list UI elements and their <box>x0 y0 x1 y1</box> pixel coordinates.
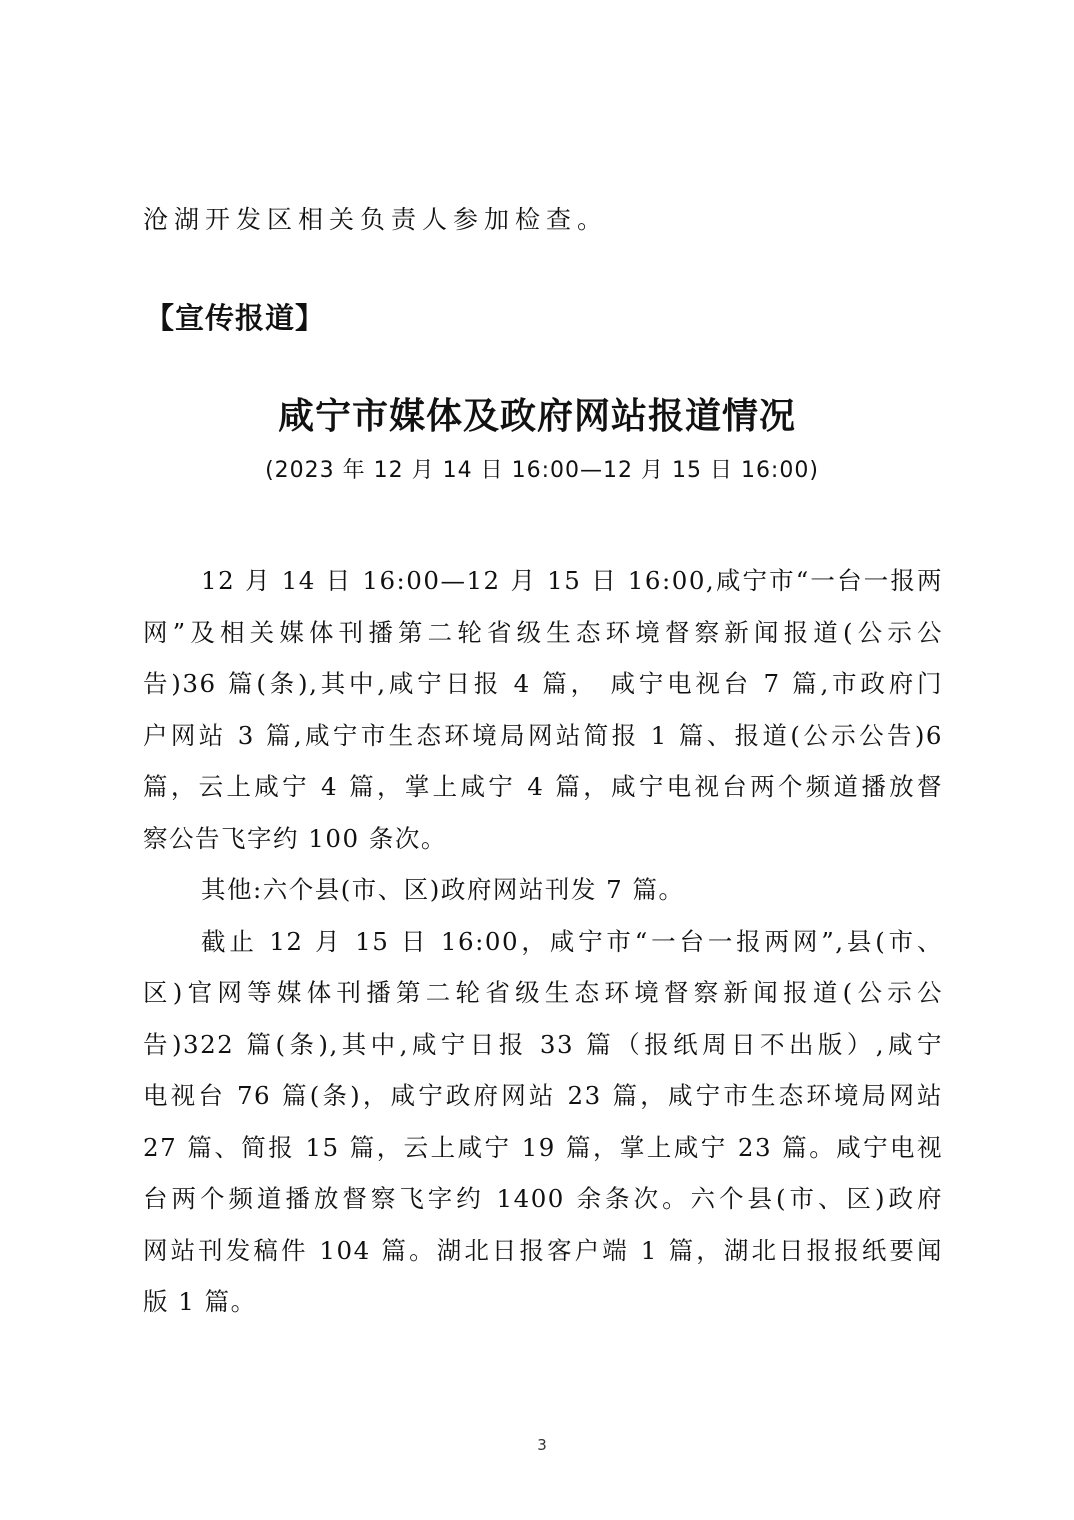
text-line: 截止 12 月 15 日 16:00，咸宁市“一台一报两网”,县(市、 <box>143 916 943 968</box>
document-subtitle: (2023 年 12 月 14 日 16:00—12 月 15 日 16:00) <box>0 460 1074 482</box>
text-line: 27 篇、简报 15 篇，云上咸宁 19 篇，掌上咸宁 23 篇。咸宁电视 <box>143 1122 943 1174</box>
paragraph-daily-report: 12 月 14 日 16:00—12 月 15 日 16:00,咸宁市“一台一报… <box>143 555 943 864</box>
text-line: 户网站 3 篇,咸宁市生态环境局网站简报 1 篇、报道(公示公告)6 <box>143 710 943 762</box>
section-label: 【宣传报道】 <box>145 304 325 333</box>
document-page: 沧湖开发区相关负责人参加检查。 【宣传报道】 咸宁市媒体及政府网站报道情况 (2… <box>0 0 1074 1520</box>
text-line: 告)36 篇(条),其中,咸宁日报 4 篇， 咸宁电视台 7 篇,市政府门 <box>143 658 943 710</box>
text-line: 电视台 76 篇(条)，咸宁政府网站 23 篇，咸宁市生态环境局网站 <box>143 1070 943 1122</box>
text-line: 12 月 14 日 16:00—12 月 15 日 16:00,咸宁市“一台一报… <box>143 555 943 607</box>
page-number: 3 <box>0 1436 1074 1454</box>
text-line: 网站刊发稿件 104 篇。湖北日报客户端 1 篇，湖北日报报纸要闻 <box>143 1225 943 1277</box>
text-line: 网”及相关媒体刊播第二轮省级生态环境督察新闻报道(公示公 <box>143 607 943 659</box>
text-line: 告)322 篇(条),其中,咸宁日报 33 篇（报纸周日不出版）,咸宁 <box>143 1019 943 1071</box>
paragraph-cumulative-report: 截止 12 月 15 日 16:00，咸宁市“一台一报两网”,县(市、 区)官网… <box>143 916 943 1328</box>
paragraph-other: 其他:六个县(市、区)政府网站刊发 7 篇。 <box>143 864 943 916</box>
text-line: 察公告飞字约 100 条次。 <box>143 813 943 865</box>
document-body: 12 月 14 日 16:00—12 月 15 日 16:00,咸宁市“一台一报… <box>143 555 943 1328</box>
document-title: 咸宁市媒体及政府网站报道情况 <box>0 398 1074 434</box>
continuation-text: 沧湖开发区相关负责人参加检查。 <box>143 207 608 232</box>
text-line: 篇，云上咸宁 4 篇，掌上咸宁 4 篇，咸宁电视台两个频道播放督 <box>143 761 943 813</box>
text-line: 台两个频道播放督察飞字约 1400 余条次。六个县(市、区)政府 <box>143 1173 943 1225</box>
text-line: 版 1 篇。 <box>143 1276 943 1328</box>
text-line: 其他:六个县(市、区)政府网站刊发 7 篇。 <box>143 864 943 916</box>
text-line: 区)官网等媒体刊播第二轮省级生态环境督察新闻报道(公示公 <box>143 967 943 1019</box>
